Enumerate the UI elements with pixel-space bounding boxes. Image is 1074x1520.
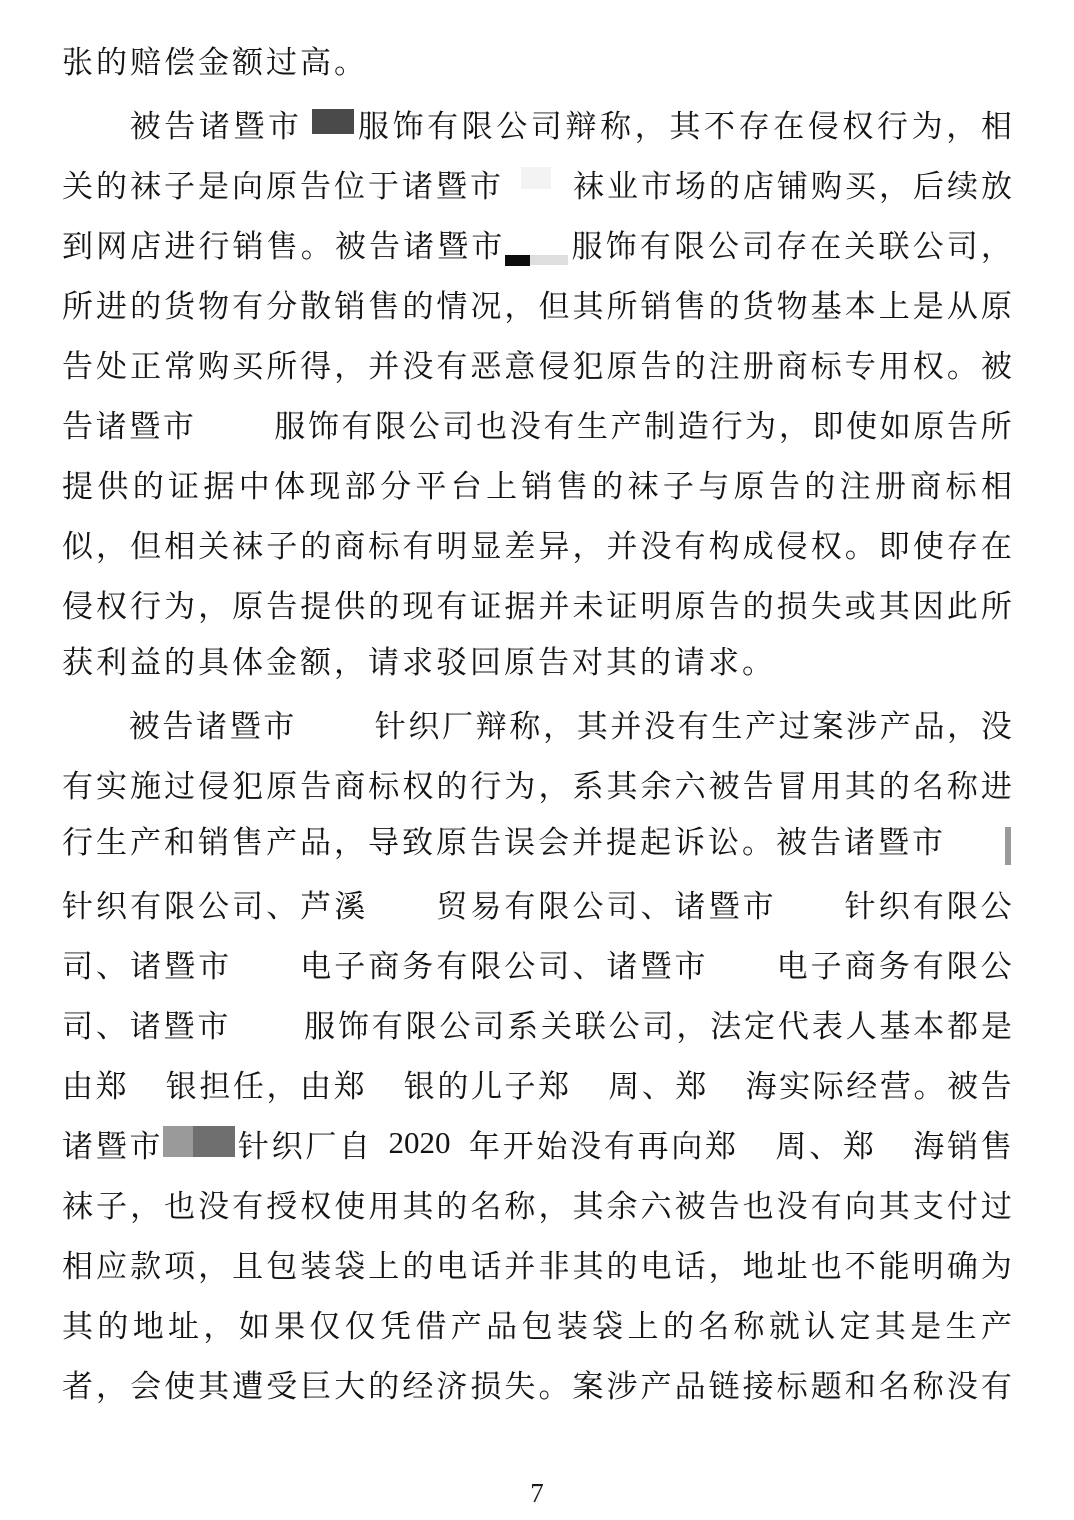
line-text: ， — [538, 761, 569, 806]
redaction-box — [312, 109, 354, 134]
page: 张的赔偿金额过高。被告诸暨市服饰有限公司辩称，其不存在侵权行为，相关的袜子是向原… — [0, 0, 1074, 1520]
line-text: 成 — [743, 521, 774, 566]
line-text: 暨 — [164, 941, 195, 986]
line-text: 购 — [811, 161, 842, 206]
line-text: 但 — [538, 281, 569, 326]
line-text: 所 — [981, 401, 1012, 446]
line-text: 市 — [129, 1121, 160, 1166]
line-text: 市 — [198, 941, 229, 986]
line-text: 原 — [232, 581, 263, 626]
line-text: 营 — [880, 1061, 911, 1106]
line-text: 市 — [263, 701, 294, 746]
line-text: 提 — [300, 581, 331, 626]
line-text: 袋 — [334, 1241, 365, 1286]
line-text: 存 — [776, 221, 807, 266]
line-text: 产 — [451, 1301, 482, 1346]
line-text: 服 — [358, 101, 389, 146]
line-text: 告 — [641, 341, 672, 386]
line-text: 告 — [769, 461, 800, 506]
line-text: 生 — [577, 401, 608, 446]
line-text: 其 — [572, 1181, 603, 1226]
line-text: 使 — [913, 521, 944, 566]
line-text: 服 — [304, 1001, 335, 1046]
line-text: ， — [946, 101, 977, 146]
line-text: 子 — [811, 941, 842, 986]
line-text: 其 — [607, 761, 638, 806]
line-text: 生 — [711, 701, 742, 746]
document-line: 针织有限公司、芦溪贸易有限公司、诸暨市针织有限公 — [62, 873, 1012, 933]
line-text: 司 — [742, 221, 773, 266]
line-text: 权 — [300, 1181, 331, 1226]
line-text: 应 — [96, 1241, 127, 1286]
line-text: 据 — [504, 581, 535, 626]
line-text: 。 — [913, 1061, 944, 1106]
line-text: 司 — [442, 401, 473, 446]
line-text: 店 — [130, 221, 161, 266]
line-text: 过 — [981, 1181, 1012, 1226]
document-line: 由郑银担任，由郑银的儿子郑周、郑海实际经营。被告 — [62, 1053, 1012, 1113]
line-text: 犯 — [572, 341, 603, 386]
line-text: 、 — [96, 1001, 127, 1046]
line-text: 册 — [743, 341, 774, 386]
line-text: 的 — [402, 1241, 433, 1286]
line-text: 专 — [845, 341, 876, 386]
line-text: 和 — [845, 1361, 876, 1406]
line-text: 没 — [198, 1181, 229, 1226]
line-text: 据 — [203, 461, 234, 506]
line-text: 犯 — [232, 761, 263, 806]
line-text: 定 — [744, 1001, 775, 1046]
line-text: 针 — [238, 1121, 269, 1166]
line-text: 就 — [769, 1301, 800, 1346]
line-text: 袜 — [232, 521, 263, 566]
line-text: 本 — [845, 281, 876, 326]
line-text: 的 — [804, 461, 835, 506]
line-text: 辩 — [476, 701, 507, 746]
line-text: 果 — [274, 1301, 305, 1346]
line-text: 限 — [375, 401, 406, 446]
line-text: 分 — [380, 461, 411, 506]
line-text: 人 — [846, 1001, 877, 1046]
line-text: 商 — [777, 341, 808, 386]
line-text: 暨 — [129, 401, 160, 446]
line-text: 会 — [130, 1361, 161, 1406]
line-text: 进 — [164, 221, 195, 266]
line-text: 法 — [710, 1001, 741, 1046]
line-text: 造 — [678, 401, 709, 446]
line-text: 并 — [607, 521, 638, 566]
line-text: 务 — [879, 941, 910, 986]
line-text: 产 — [981, 1301, 1012, 1346]
line-text: 凭 — [380, 1301, 411, 1346]
line-text: 有 — [130, 881, 161, 926]
line-text: 任 — [233, 1061, 264, 1106]
line-text: 品 — [486, 1301, 517, 1346]
line-text: 海 — [913, 1121, 944, 1166]
line-text: 基 — [879, 1001, 910, 1046]
line-text: 联 — [879, 221, 910, 266]
line-text: 包 — [521, 1301, 552, 1346]
line-text: 系 — [572, 761, 603, 806]
document-line: 获利益的具体金额，请求驳回原告对其的请求。 — [62, 633, 1012, 693]
line-text: 际 — [813, 1061, 844, 1106]
line-text: 经 — [846, 1061, 877, 1106]
line-text: 有 — [436, 581, 467, 626]
line-text: 地 — [743, 1241, 774, 1286]
line-text: 担 — [199, 1061, 230, 1106]
line-text: 进 — [981, 761, 1012, 806]
line-text: ， — [198, 1241, 229, 1286]
line-text: ， — [676, 1001, 707, 1046]
line-text: 余 — [641, 761, 672, 806]
line-text: 被 — [130, 101, 161, 146]
document-line: 被告诸暨市服饰有限公司辩称，其不存在侵权行为，相 — [62, 93, 1012, 153]
line-text: 册 — [875, 461, 906, 506]
line-text: 原 — [913, 401, 944, 446]
line-text: 话 — [675, 1241, 706, 1286]
line-text: 商 — [334, 521, 365, 566]
line-text: 上 — [486, 461, 517, 506]
line-text: 实 — [779, 1061, 810, 1106]
line-text: 售 — [368, 281, 399, 326]
redaction-box-faint — [521, 167, 551, 189]
line-text: 告 — [709, 1181, 740, 1226]
line-text: 处 — [96, 341, 127, 386]
line-text: 有 — [913, 881, 944, 926]
line-text: 其 — [402, 1181, 433, 1226]
line-text: 自 — [339, 1121, 370, 1166]
line-text: 司 — [62, 941, 93, 986]
line-text: 提 — [62, 461, 93, 506]
line-text: 相 — [164, 521, 195, 566]
line-text: 被 — [335, 221, 366, 266]
line-text: 的 — [607, 1241, 638, 1286]
line-text: 有 — [427, 101, 458, 146]
line-text: 权 — [842, 101, 873, 146]
line-text: 暨 — [709, 881, 740, 926]
line-text: 涉 — [846, 701, 877, 746]
line-text: 子 — [505, 1061, 536, 1106]
line-text: 称 — [600, 101, 631, 146]
line-text: 再 — [638, 1121, 669, 1166]
line-text: 不 — [704, 101, 735, 146]
line-text: 品 — [675, 1361, 706, 1406]
line-text: 称 — [504, 1181, 535, 1226]
line-text: 、 — [96, 941, 127, 986]
line-text: 权 — [96, 581, 127, 626]
line-text: 此 — [947, 581, 978, 626]
line-text: 失 — [504, 1361, 535, 1406]
line-text: 货 — [743, 281, 774, 326]
line-text: 制 — [644, 401, 675, 446]
line-text: 现 — [309, 461, 340, 506]
line-text: 被 — [675, 1181, 706, 1226]
line-text: 未 — [572, 581, 603, 626]
line-text: 销 — [521, 461, 552, 506]
line-text: 称 — [734, 1301, 765, 1346]
line-text: 题 — [811, 1361, 842, 1406]
line-text: 、 — [572, 941, 603, 986]
line-text: 侵 — [198, 761, 229, 806]
line-text: 部 — [345, 461, 376, 506]
line-text: 公 — [981, 941, 1012, 986]
line-text: 诸 — [402, 161, 433, 206]
document-line: 司、诸暨市服饰有限公司系关联公司，法定代表人基本都是 — [62, 993, 1012, 1053]
line-text: 其 — [879, 1181, 910, 1226]
line-text: 电 — [300, 941, 331, 986]
line-text: 。 — [301, 221, 332, 266]
line-text: 标 — [368, 761, 399, 806]
line-text: 标 — [946, 461, 977, 506]
line-text: 权 — [402, 761, 433, 806]
redaction-bars — [505, 228, 568, 259]
line-text: 售 — [557, 461, 588, 506]
line-text: 济 — [436, 1361, 467, 1406]
line-text: 标 — [811, 341, 842, 386]
line-text: 司 — [606, 881, 637, 926]
line-text: 都 — [947, 1001, 978, 1046]
line-text: 市 — [197, 1001, 228, 1046]
line-text: 用 — [368, 1181, 399, 1226]
line-text: 被 — [709, 761, 740, 806]
line-text: 如 — [880, 401, 911, 446]
line-text: 使 — [846, 401, 877, 446]
line-text: 的 — [592, 461, 623, 506]
line-text: 限 — [462, 101, 493, 146]
line-text: 仅 — [309, 1301, 340, 1346]
line-text: 正 — [130, 341, 161, 386]
line-text: ， — [779, 401, 810, 446]
line-text: 但 — [130, 521, 161, 566]
line-text: 没 — [947, 1361, 978, 1406]
line-text: 有 — [675, 521, 706, 566]
line-text: ， — [635, 101, 666, 146]
line-text: 公 — [496, 101, 527, 146]
line-text: 侵 — [777, 521, 808, 566]
line-text: 业 — [607, 161, 638, 206]
line-text: 六 — [641, 1181, 672, 1226]
line-text: 名 — [913, 761, 944, 806]
line-text: 装 — [557, 1301, 588, 1346]
line-text: 使 — [164, 1361, 195, 1406]
line-text: ， — [198, 581, 229, 626]
line-text: 不 — [845, 1241, 876, 1286]
line-text: 构 — [709, 521, 740, 566]
line-text: 即 — [879, 521, 910, 566]
line-text: 向 — [232, 161, 263, 206]
line-text: ， — [130, 1181, 161, 1226]
line-text: 有 — [913, 941, 944, 986]
redaction-bar-black — [505, 255, 530, 266]
line-text: 其 — [62, 1301, 93, 1346]
line-text: ， — [947, 701, 978, 746]
line-text: 的 — [130, 281, 161, 326]
document-line: 袜子，也没有授权使用其的名称，其余六被告也没有向其支付过 — [62, 1173, 1012, 1233]
line-text: 没 — [641, 521, 672, 566]
line-text: 电 — [777, 941, 808, 986]
line-text: 周 — [775, 1121, 806, 1166]
line-text: ， — [266, 1061, 297, 1106]
line-text: 损 — [470, 1361, 501, 1406]
line-text: 告 — [709, 581, 740, 626]
line-text: 织 — [879, 881, 910, 926]
document-line: 相应款项，且包装袋上的电话并非其的电话，地址也不能明确为 — [62, 1233, 1012, 1293]
line-text: 厂 — [305, 1121, 336, 1166]
line-text: 市 — [641, 161, 672, 206]
line-text: 银 — [404, 1061, 435, 1106]
line-text: 装 — [300, 1241, 331, 1286]
line-text: 注 — [840, 461, 871, 506]
line-text: 公 — [981, 881, 1012, 926]
line-text: 其 — [572, 1241, 603, 1286]
line-text: 称 — [509, 701, 540, 746]
line-text: 恶 — [470, 341, 501, 386]
line-text: 称 — [947, 761, 978, 806]
line-text: 儿 — [471, 1061, 502, 1106]
line-text: 并 — [368, 341, 399, 386]
line-text: 暨 — [436, 161, 467, 206]
line-text: 并 — [504, 1241, 535, 1286]
line-text: 有 — [436, 341, 467, 386]
line-text: 包 — [266, 1241, 297, 1286]
line-text: 司 — [473, 1001, 504, 1046]
line-text: 明 — [913, 1241, 944, 1286]
line-text: 市 — [471, 221, 502, 266]
document-line: 张的赔偿金额过高。 — [62, 33, 1012, 93]
line-text: 也 — [743, 1181, 774, 1226]
document-line: 所进的货物有分散销售的情况，但其所销售的货物基本上是从原 — [62, 273, 1012, 333]
line-text: 经 — [402, 1361, 433, 1406]
line-text: 司 — [62, 1001, 93, 1046]
line-text: 体 — [274, 461, 305, 506]
line-text: 的 — [300, 521, 331, 566]
line-text: 服 — [274, 401, 305, 446]
line-text: 产 — [745, 701, 776, 746]
line-text: 辩 — [566, 101, 597, 146]
line-text: 有 — [62, 761, 93, 806]
line-text: 的 — [437, 1061, 468, 1106]
line-text: 现 — [402, 581, 433, 626]
document-line: 有实施过侵犯原告商标权的行为，系其余六被告冒用其的名称进 — [62, 753, 1012, 813]
line-text: 为 — [912, 101, 943, 146]
line-text: 销 — [641, 281, 672, 326]
line-text: 有 — [341, 401, 372, 446]
line-text: 开 — [503, 1121, 534, 1166]
line-text: 商 — [910, 461, 941, 506]
line-text: 的 — [663, 1301, 694, 1346]
line-text: 关 — [62, 161, 93, 206]
line-text: 。 — [947, 341, 978, 386]
line-text: 实 — [96, 761, 127, 806]
line-text: 饰 — [308, 401, 339, 446]
line-text: 系 — [507, 1001, 538, 1046]
document-line: 被告诸暨市针织厂辩称，其并没有生产过案涉产品，没 — [62, 693, 1012, 753]
line-text: 限 — [406, 1001, 437, 1046]
line-text: 有 — [232, 281, 263, 326]
line-text: 原 — [607, 341, 638, 386]
line-text: 售 — [267, 221, 298, 266]
line-text: 易 — [470, 881, 501, 926]
line-text: 公 — [198, 881, 229, 926]
line-text: 商 — [368, 941, 399, 986]
line-text: 址 — [168, 1301, 199, 1346]
line-text: 的 — [709, 281, 740, 326]
line-text: 年 — [469, 1121, 500, 1166]
line-text: 所 — [607, 281, 638, 326]
line-text: 饰 — [392, 101, 423, 146]
line-text: 告 — [300, 161, 331, 206]
line-text: 接 — [743, 1361, 774, 1406]
line-text: 针 — [845, 881, 876, 926]
line-text: 侵 — [808, 101, 839, 146]
line-text: 商 — [845, 941, 876, 986]
line-text: 有 — [436, 941, 467, 986]
line-text: 公 — [708, 221, 739, 266]
line-text: ， — [879, 161, 910, 206]
line-text: 续 — [947, 161, 978, 206]
line-text: ， — [543, 701, 574, 746]
line-text: 销 — [233, 221, 264, 266]
line-text: 物 — [198, 281, 229, 326]
document-line: 提供的证据中体现部分平台上销售的袜子与原告的注册商标相 — [62, 453, 1012, 513]
line-text: 告 — [62, 401, 93, 446]
line-text: 六 — [675, 761, 706, 806]
line-text: 后 — [913, 161, 944, 206]
line-text: 的 — [97, 1301, 128, 1346]
line-text: 原 — [266, 161, 297, 206]
line-text: 有 — [372, 1001, 403, 1046]
line-text: 司 — [643, 1001, 674, 1046]
line-text: 限 — [947, 881, 978, 926]
line-text: 务 — [402, 941, 433, 986]
line-text: 权 — [913, 341, 944, 386]
line-text: 获利益的具体金额，请求驳回原告对其的请求。 — [62, 645, 776, 680]
line-text: 借 — [415, 1301, 446, 1346]
line-text: 行生产和销售产品，导致原告误会并提起诉讼。被告诸暨市 — [62, 825, 946, 860]
line-text: 是 — [981, 1001, 1012, 1046]
line-text: 相 — [62, 1241, 93, 1286]
line-text: 有 — [640, 221, 671, 266]
line-text: 台 — [451, 461, 482, 506]
line-text: 暨 — [96, 1121, 127, 1166]
line-text: 的 — [368, 1361, 399, 1406]
line-text: 为 — [981, 1241, 1012, 1286]
line-text: 销 — [334, 281, 365, 326]
line-text: 暨 — [641, 941, 672, 986]
line-text: 告 — [300, 761, 331, 806]
line-text: 在 — [810, 221, 841, 266]
line-text: 大 — [334, 1361, 365, 1406]
line-text: 产 — [880, 701, 911, 746]
line-text: 用 — [811, 761, 842, 806]
line-text: 在 — [981, 521, 1012, 566]
line-text: 常 — [164, 341, 195, 386]
line-text: 意 — [504, 341, 535, 386]
line-text: 售 — [675, 281, 706, 326]
line-text: 郑 — [96, 1061, 127, 1106]
document-line: 行生产和销售产品，导致原告误会并提起诉讼。被告诸暨市 — [62, 813, 1012, 873]
line-text: 没 — [510, 401, 541, 446]
line-text: 。 — [538, 1361, 569, 1406]
line-text: 物 — [777, 281, 808, 326]
line-text: 诸 — [96, 401, 127, 446]
line-text: 没 — [777, 1181, 808, 1226]
line-text: 名 — [470, 1181, 501, 1226]
line-text: 告 — [369, 221, 400, 266]
line-text: 所 — [266, 341, 297, 386]
line-text: 电 — [436, 1241, 467, 1286]
line-text: 芦 — [300, 881, 331, 926]
